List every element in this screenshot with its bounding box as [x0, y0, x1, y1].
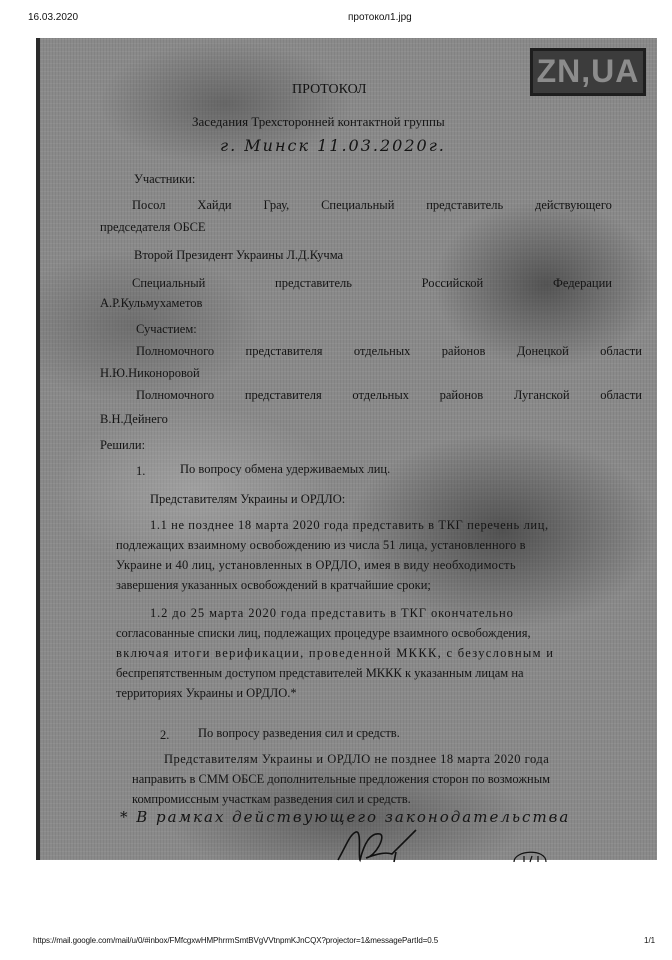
handwritten-place-date: г. Минск 11.03.2020г. — [220, 136, 446, 155]
print-page-number: 1/1 — [644, 936, 655, 945]
with-participation-label: Сучастием: — [136, 322, 197, 337]
print-footer: https://mail.google.com/mail/u/0/#inbox/… — [0, 936, 672, 950]
participant-1-line1: Посол Хайди Грау, Специальный представит… — [132, 198, 612, 213]
participants-label: Участники: — [134, 172, 195, 187]
item-1-1-line1: 1.1 не позднее 18 марта 2020 года предст… — [150, 518, 549, 533]
donetsk-rep-line1: Полномочного представителя отдельных рай… — [136, 344, 642, 359]
item-1-1-line2: подлежащих взаимному освобождению из чис… — [116, 538, 526, 553]
item-1-1-line3: Украине и 40 лиц, установленных в ОРДЛО,… — [116, 558, 516, 573]
luhansk-rep-line2: В.Н.Дейнего — [100, 412, 168, 427]
participant-3-line1: Специальный представитель Российской Фед… — [132, 276, 612, 291]
item-2-line2: направить в СММ ОБСЕ дополнительные пред… — [132, 772, 550, 787]
donetsk-rep-line2: Н.Ю.Никоноровой — [100, 366, 200, 381]
decided-label: Решили: — [100, 438, 145, 453]
initials-mark-icon — [510, 846, 550, 864]
item-1-2-line4: беспрепятственным доступом представителе… — [116, 666, 524, 681]
scanned-document-image: ZN,UA ПРОТОКОЛ Заседания Трехсторонней к… — [36, 38, 657, 860]
item-1-addressee: Представителям Украины и ОРДЛО: — [150, 492, 345, 507]
print-file-title: протокол1.jpg — [348, 12, 412, 23]
participant-2: Второй Президент Украины Л.Д.Кучма — [134, 248, 343, 263]
item-2-number: 2. — [160, 728, 169, 743]
document-title: ПРОТОКОЛ — [292, 82, 367, 98]
item-1-2-line5: территориях Украины и ОРДЛО.* — [116, 686, 297, 701]
item-1-heading: По вопросу обмена удерживаемых лиц. — [180, 462, 390, 477]
protocol-document: ПРОТОКОЛ Заседания Трехсторонней контакт… — [40, 38, 657, 860]
print-date: 16.03.2020 — [28, 12, 78, 23]
handwritten-footnote: * В рамках действующего законодательства — [120, 808, 570, 826]
item-1-2-line1: 1.2 до 25 марта 2020 года представить в … — [150, 606, 514, 621]
print-header: 16.03.2020 протокол1.jpg — [0, 12, 672, 26]
item-1-2-line2: согласованные списки лиц, подлежащих про… — [116, 626, 531, 641]
participant-1-line2: председателя ОБСЕ — [100, 220, 206, 235]
print-url: https://mail.google.com/mail/u/0/#inbox/… — [33, 936, 438, 945]
luhansk-rep-line1: Полномочного представителя отдельных рай… — [136, 388, 642, 403]
document-subtitle: Заседания Трехсторонней контактной групп… — [192, 114, 445, 130]
item-2-line3: компромиссным участкам разведения сил и … — [132, 792, 411, 807]
item-1-1-line4: завершения указанных освобождений в крат… — [116, 578, 431, 593]
item-2-heading: По вопросу разведения сил и средств. — [198, 726, 400, 741]
item-2-line1: Представителям Украины и ОРДЛО не поздне… — [164, 752, 549, 767]
participant-3-line2: А.Р.Кульмухаметов — [100, 296, 202, 311]
item-1-number: 1. — [136, 464, 145, 479]
signature-icon — [336, 826, 426, 866]
item-1-2-line3: включая итоги верификации, проведенной М… — [116, 646, 554, 661]
